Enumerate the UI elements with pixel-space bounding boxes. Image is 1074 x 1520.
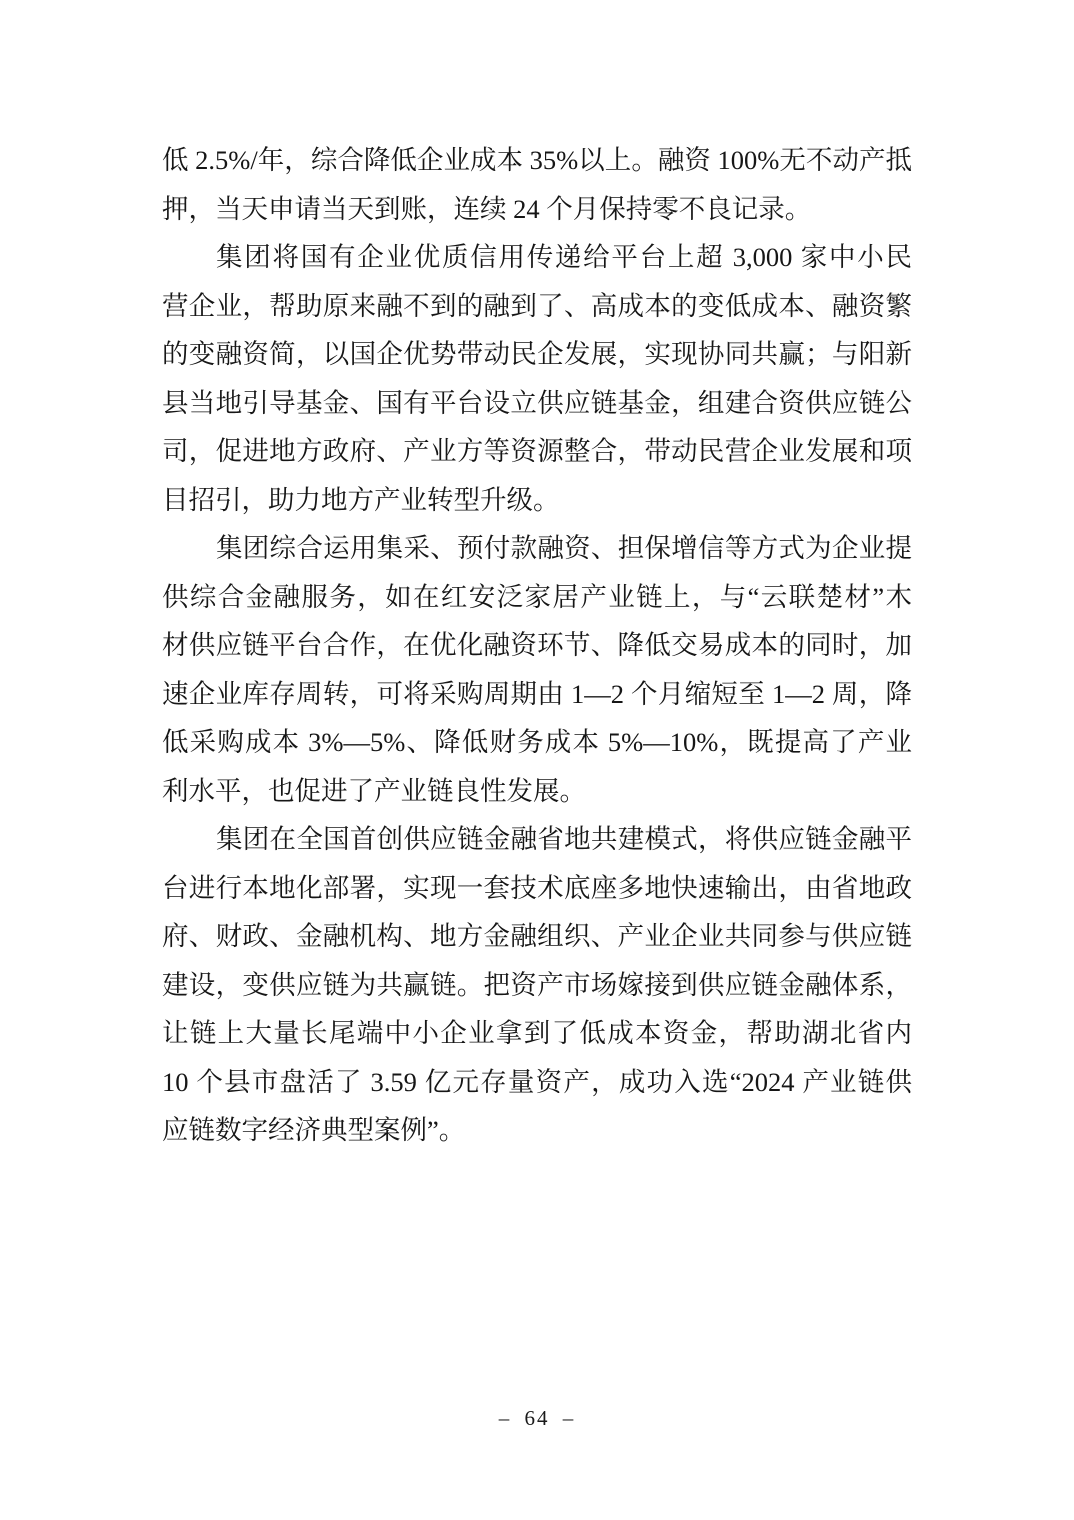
text-line: 集团将国有企业优质信用传递给平台上超 3,000 家中小民 xyxy=(162,233,912,282)
text-line: 营企业，帮助原来融不到的融到了、高成本的变低成本、融资繁 xyxy=(162,282,912,331)
document-page: 低 2.5%/年，综合降低企业成本 35%以上。融资 100%无不动产抵押，当天… xyxy=(0,0,1074,1520)
text-line: 应链数字经济典型案例”。 xyxy=(162,1106,912,1155)
text-line: 押，当天申请当天到账，连续 24 个月保持零不良记录。 xyxy=(162,185,912,234)
text-line: 材供应链平台合作，在优化融资环节、降低交易成本的同时，加 xyxy=(162,621,912,670)
text-line: 的变融资简，以国企优势带动民企发展，实现协同共赢；与阳新 xyxy=(162,330,912,379)
text-line: 低采购成本 3%—5%、降低财务成本 5%—10%，既提高了产业链盈 xyxy=(162,718,912,767)
text-line: 建设，变供应链为共赢链。把资产市场嫁接到供应链金融体系， xyxy=(162,961,912,1010)
text-line: 府、财政、金融机构、地方金融组织、产业企业共同参与供应链 xyxy=(162,912,912,961)
text-line: 集团在全国首创供应链金融省地共建模式，将供应链金融平 xyxy=(162,815,912,864)
text-line: 目招引，助力地方产业转型升级。 xyxy=(162,476,912,525)
page-footer: – 64 – xyxy=(0,1402,1074,1434)
document-body: 低 2.5%/年，综合降低企业成本 35%以上。融资 100%无不动产抵押，当天… xyxy=(162,136,912,1155)
text-line: 10 个县市盘活了 3.59 亿元存量资产，成功入选“2024 产业链供 xyxy=(162,1058,912,1107)
text-line: 县当地引导基金、国有平台设立供应链基金，组建合资供应链公 xyxy=(162,379,912,428)
text-line: 速企业库存周转，可将采购周期由 1—2 个月缩短至 1—2 周，降 xyxy=(162,670,912,719)
text-line: 让链上大量长尾端中小企业拿到了低成本资金，帮助湖北省内 xyxy=(162,1009,912,1058)
page-number: – 64 – xyxy=(499,1406,576,1430)
text-line: 低 2.5%/年，综合降低企业成本 35%以上。融资 100%无不动产抵 xyxy=(162,136,912,185)
text-line: 集团综合运用集采、预付款融资、担保增信等方式为企业提 xyxy=(162,524,912,573)
text-line: 司，促进地方政府、产业方等资源整合，带动民营企业发展和项 xyxy=(162,427,912,476)
text-line: 利水平，也促进了产业链良性发展。 xyxy=(162,767,912,816)
text-line: 台进行本地化部署，实现一套技术底座多地快速输出，由省地政 xyxy=(162,864,912,913)
text-line: 供综合金融服务，如在红安泛家居产业链上，与“云联楚材”木 xyxy=(162,573,912,622)
